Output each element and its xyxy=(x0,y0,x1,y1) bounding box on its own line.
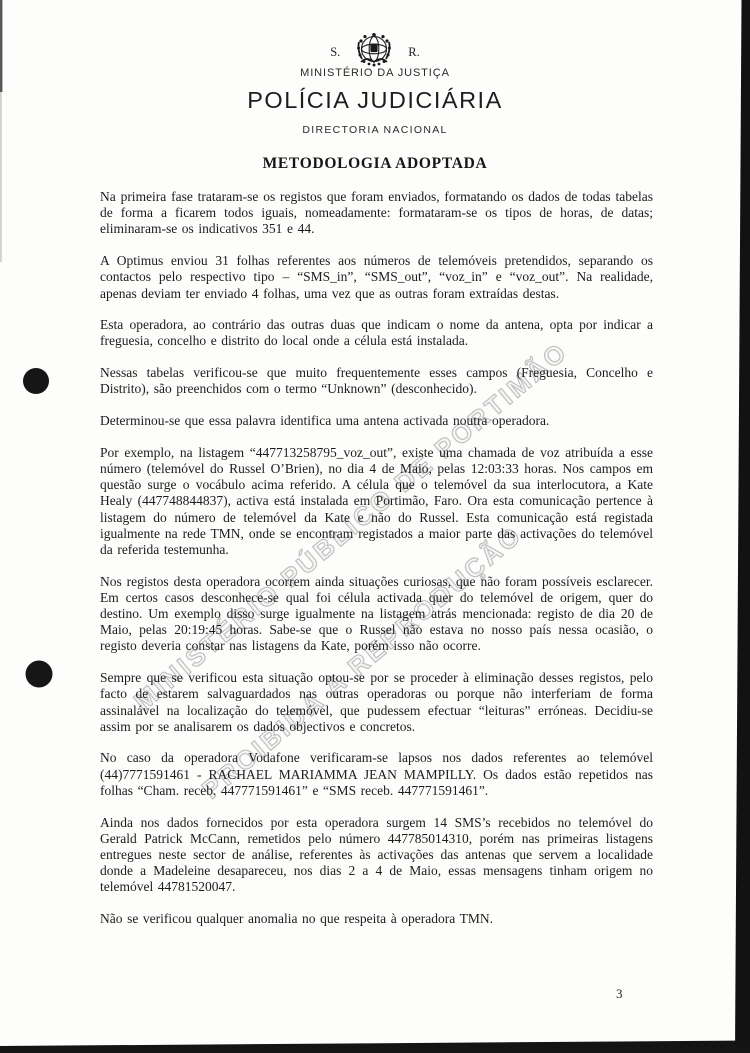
document-title: METODOLOGIA ADOPTADA xyxy=(0,155,750,173)
ministry-name: MINISTÉRIO DA JUSTIÇA xyxy=(0,67,750,79)
hole-punch-mark-top xyxy=(23,368,49,394)
paragraph-6: Por exemplo, na listagem “447713258795_v… xyxy=(100,445,653,558)
scanner-edge-bottom xyxy=(0,1041,750,1053)
paragraph-2: A Optimus enviou 31 folhas referentes ao… xyxy=(100,253,653,302)
paragraph-7: Nos registos desta operadora ocorrem ain… xyxy=(100,574,653,655)
header-crest-row: S. xyxy=(0,34,750,70)
crest-letter-r: R. xyxy=(408,45,419,60)
paragraph-9: No caso da operadora Vodafone verificara… xyxy=(100,750,653,799)
paragraph-11: Não se verificou qualquer anomalia no qu… xyxy=(100,911,653,927)
paragraph-5: Determinou-se que essa palavra identific… xyxy=(100,413,653,429)
page-number: 3 xyxy=(616,986,623,1002)
hole-punch-mark-bottom xyxy=(26,661,53,688)
paragraph-3: Esta operadora, ao contrário das outras … xyxy=(100,317,653,349)
crest-letter-s: S. xyxy=(330,45,340,60)
paragraph-1: Na primeira fase trataram-se os registos… xyxy=(100,189,653,238)
paragraph-10: Ainda nos dados fornecidos por esta oper… xyxy=(100,815,653,896)
agency-name: POLÍCIA JUDICIÁRIA xyxy=(0,87,750,114)
scanner-edge-left-fade xyxy=(0,92,2,262)
paragraph-4: Nessas tabelas verificou-se que muito fr… xyxy=(100,365,653,397)
scanned-document-page: MINISTÉRIO PÚBLICO DE PORTIMÃO PROIBIDA … xyxy=(0,0,750,1053)
directorate-name: DIRECTORIA NACIONAL xyxy=(0,124,750,136)
document-body: Na primeira fase trataram-se os registos… xyxy=(100,189,653,943)
paragraph-8: Sempre que se verificou esta situação op… xyxy=(100,670,653,735)
